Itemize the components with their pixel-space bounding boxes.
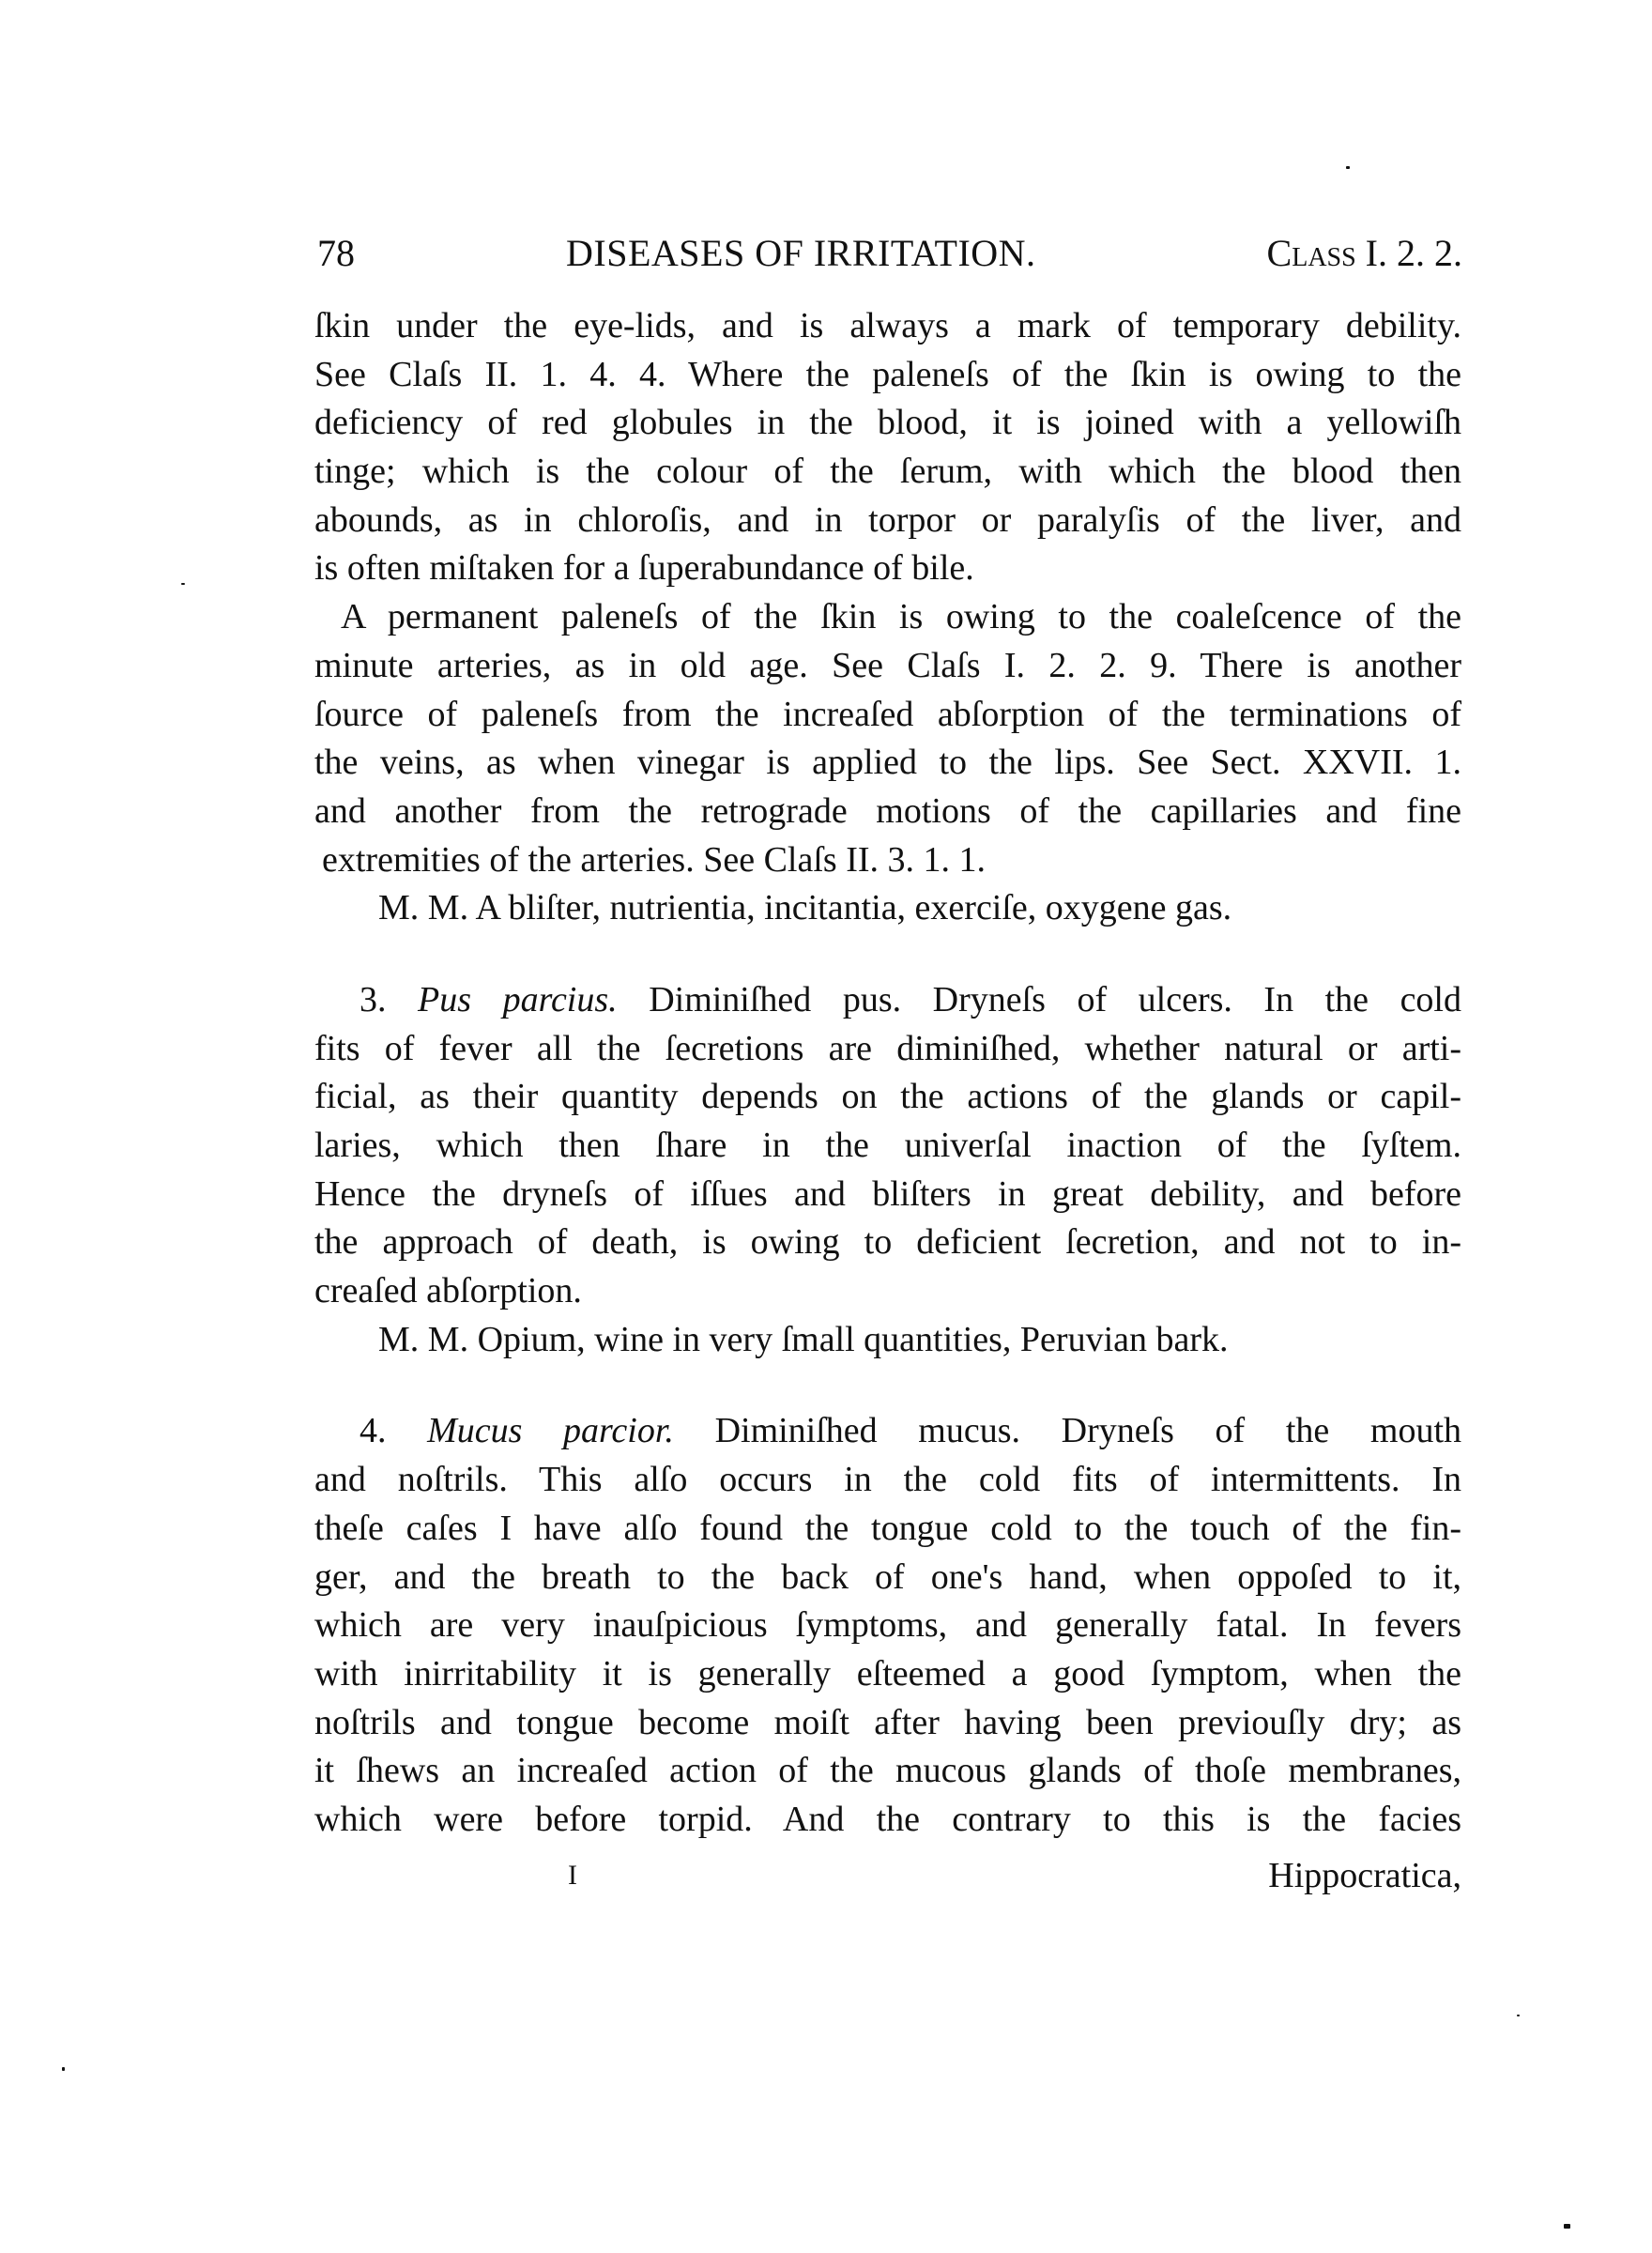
paragraph-permanent-paleness: A permanent paleneſs of the ſkin is owin…	[314, 593, 1461, 933]
text-line: which were before torpid. And the contra…	[314, 1796, 1461, 1845]
section-gap	[314, 933, 1461, 976]
latin-name: Pus parcius.	[418, 980, 618, 1019]
scan-speck	[1517, 2015, 1520, 2016]
text-line: which are very inauſpicious ſymptoms, an…	[314, 1602, 1461, 1650]
section-number: 4.	[359, 1411, 387, 1450]
text-line: fits of fever all the ſecretions are dim…	[314, 1025, 1461, 1074]
text-line: the approach of death, is owing to defic…	[314, 1218, 1461, 1267]
section-heading-line: 3. Pus parcius. Diminiſhed pus. Dryneſs …	[314, 976, 1461, 1025]
text-line: it ſhews an increaſed action of the muco…	[314, 1747, 1461, 1796]
materia-medica-line: M. M. Opium, wine in very ſmall quantiti…	[314, 1316, 1461, 1365]
page-number: 78	[317, 229, 355, 278]
text-line: is often miſtaken for a ſuperabundance o…	[314, 544, 1461, 593]
text-line: ficial, as their quantity depends on the…	[314, 1073, 1461, 1122]
scan-speck	[1346, 166, 1350, 169]
scan-speck	[1564, 2224, 1570, 2229]
text-line: deficiency of red globules in the blood,…	[314, 399, 1461, 448]
page-footer: I Hippocratica,	[314, 1851, 1461, 1900]
paragraph-continuation: ſkin under the eye-lids, and is always a…	[314, 302, 1461, 593]
section-number: 3.	[359, 980, 387, 1019]
text-line: theſe caſes I have alſo found the tongue…	[314, 1505, 1461, 1554]
heading-rest: Diminiſhed pus. Dryneſs of ulcers. In th…	[649, 980, 1461, 1019]
text-line: and another from the retrograde motions …	[314, 788, 1461, 836]
catchword: Hippocratica,	[1268, 1851, 1461, 1900]
text-line: tinge; which is the colour of the ſerum,…	[314, 448, 1461, 497]
materia-medica-line: M. M. A bliſter, nutrientia, incitantia,…	[314, 884, 1461, 933]
scan-speck	[62, 2067, 65, 2071]
text-line: the veins, as when vinegar is applied to…	[314, 739, 1461, 788]
scan-speck	[181, 583, 185, 585]
signature-mark: I	[568, 1851, 577, 1900]
text-line: ger, and the breath to the back of one's…	[314, 1554, 1461, 1602]
section-pus-parcius: 3. Pus parcius. Diminiſhed pus. Dryneſs …	[314, 976, 1461, 1365]
heading-rest: Diminiſhed mucus. Dryneſs of the mouth	[715, 1411, 1461, 1450]
class-reference: Class I. 2. 2.	[1267, 229, 1462, 278]
body-text: ſkin under the eye-lids, and is always a…	[314, 302, 1461, 1845]
book-page: 78 DISEASES OF IRRITATION. Class I. 2. 2…	[0, 0, 1652, 2253]
text-line: and noſtrils. This alſo occurs in the co…	[314, 1456, 1461, 1505]
text-line: minute arteries, as in old age. See Claſ…	[314, 642, 1461, 691]
section-mucus-parcior: 4. Mucus parcior. Diminiſhed mucus. Dryn…	[314, 1407, 1461, 1844]
text-line: creaſed abſorption.	[314, 1267, 1461, 1316]
text-line: extremities of the arteries. See Claſs I…	[314, 836, 1461, 885]
running-title: DISEASES OF IRRITATION.	[566, 229, 1036, 278]
text-line: See Claſs II. 1. 4. 4. Where the paleneſ…	[314, 351, 1461, 400]
text-line: with inirritability it is generally eſte…	[314, 1650, 1461, 1699]
section-gap	[314, 1364, 1461, 1407]
text-line: A permanent paleneſs of the ſkin is owin…	[314, 593, 1461, 642]
section-heading-line: 4. Mucus parcior. Diminiſhed mucus. Dryn…	[314, 1407, 1461, 1456]
text-line: ſkin under the eye-lids, and is always a…	[314, 302, 1461, 351]
text-line: laries, which then ſhare in the univerſa…	[314, 1122, 1461, 1171]
text-line: abounds, as in chloroſis, and in torpor …	[314, 497, 1461, 545]
latin-name: Mucus parcior.	[427, 1411, 674, 1450]
text-line: ſource of paleneſs from the increaſed ab…	[314, 691, 1461, 740]
running-head: 78 DISEASES OF IRRITATION. Class I. 2. 2…	[317, 229, 1462, 278]
text-line: noſtrils and tongue become moiſt after h…	[314, 1699, 1461, 1748]
text-line: Hence the dryneſs of iſſues and bliſters…	[314, 1171, 1461, 1219]
